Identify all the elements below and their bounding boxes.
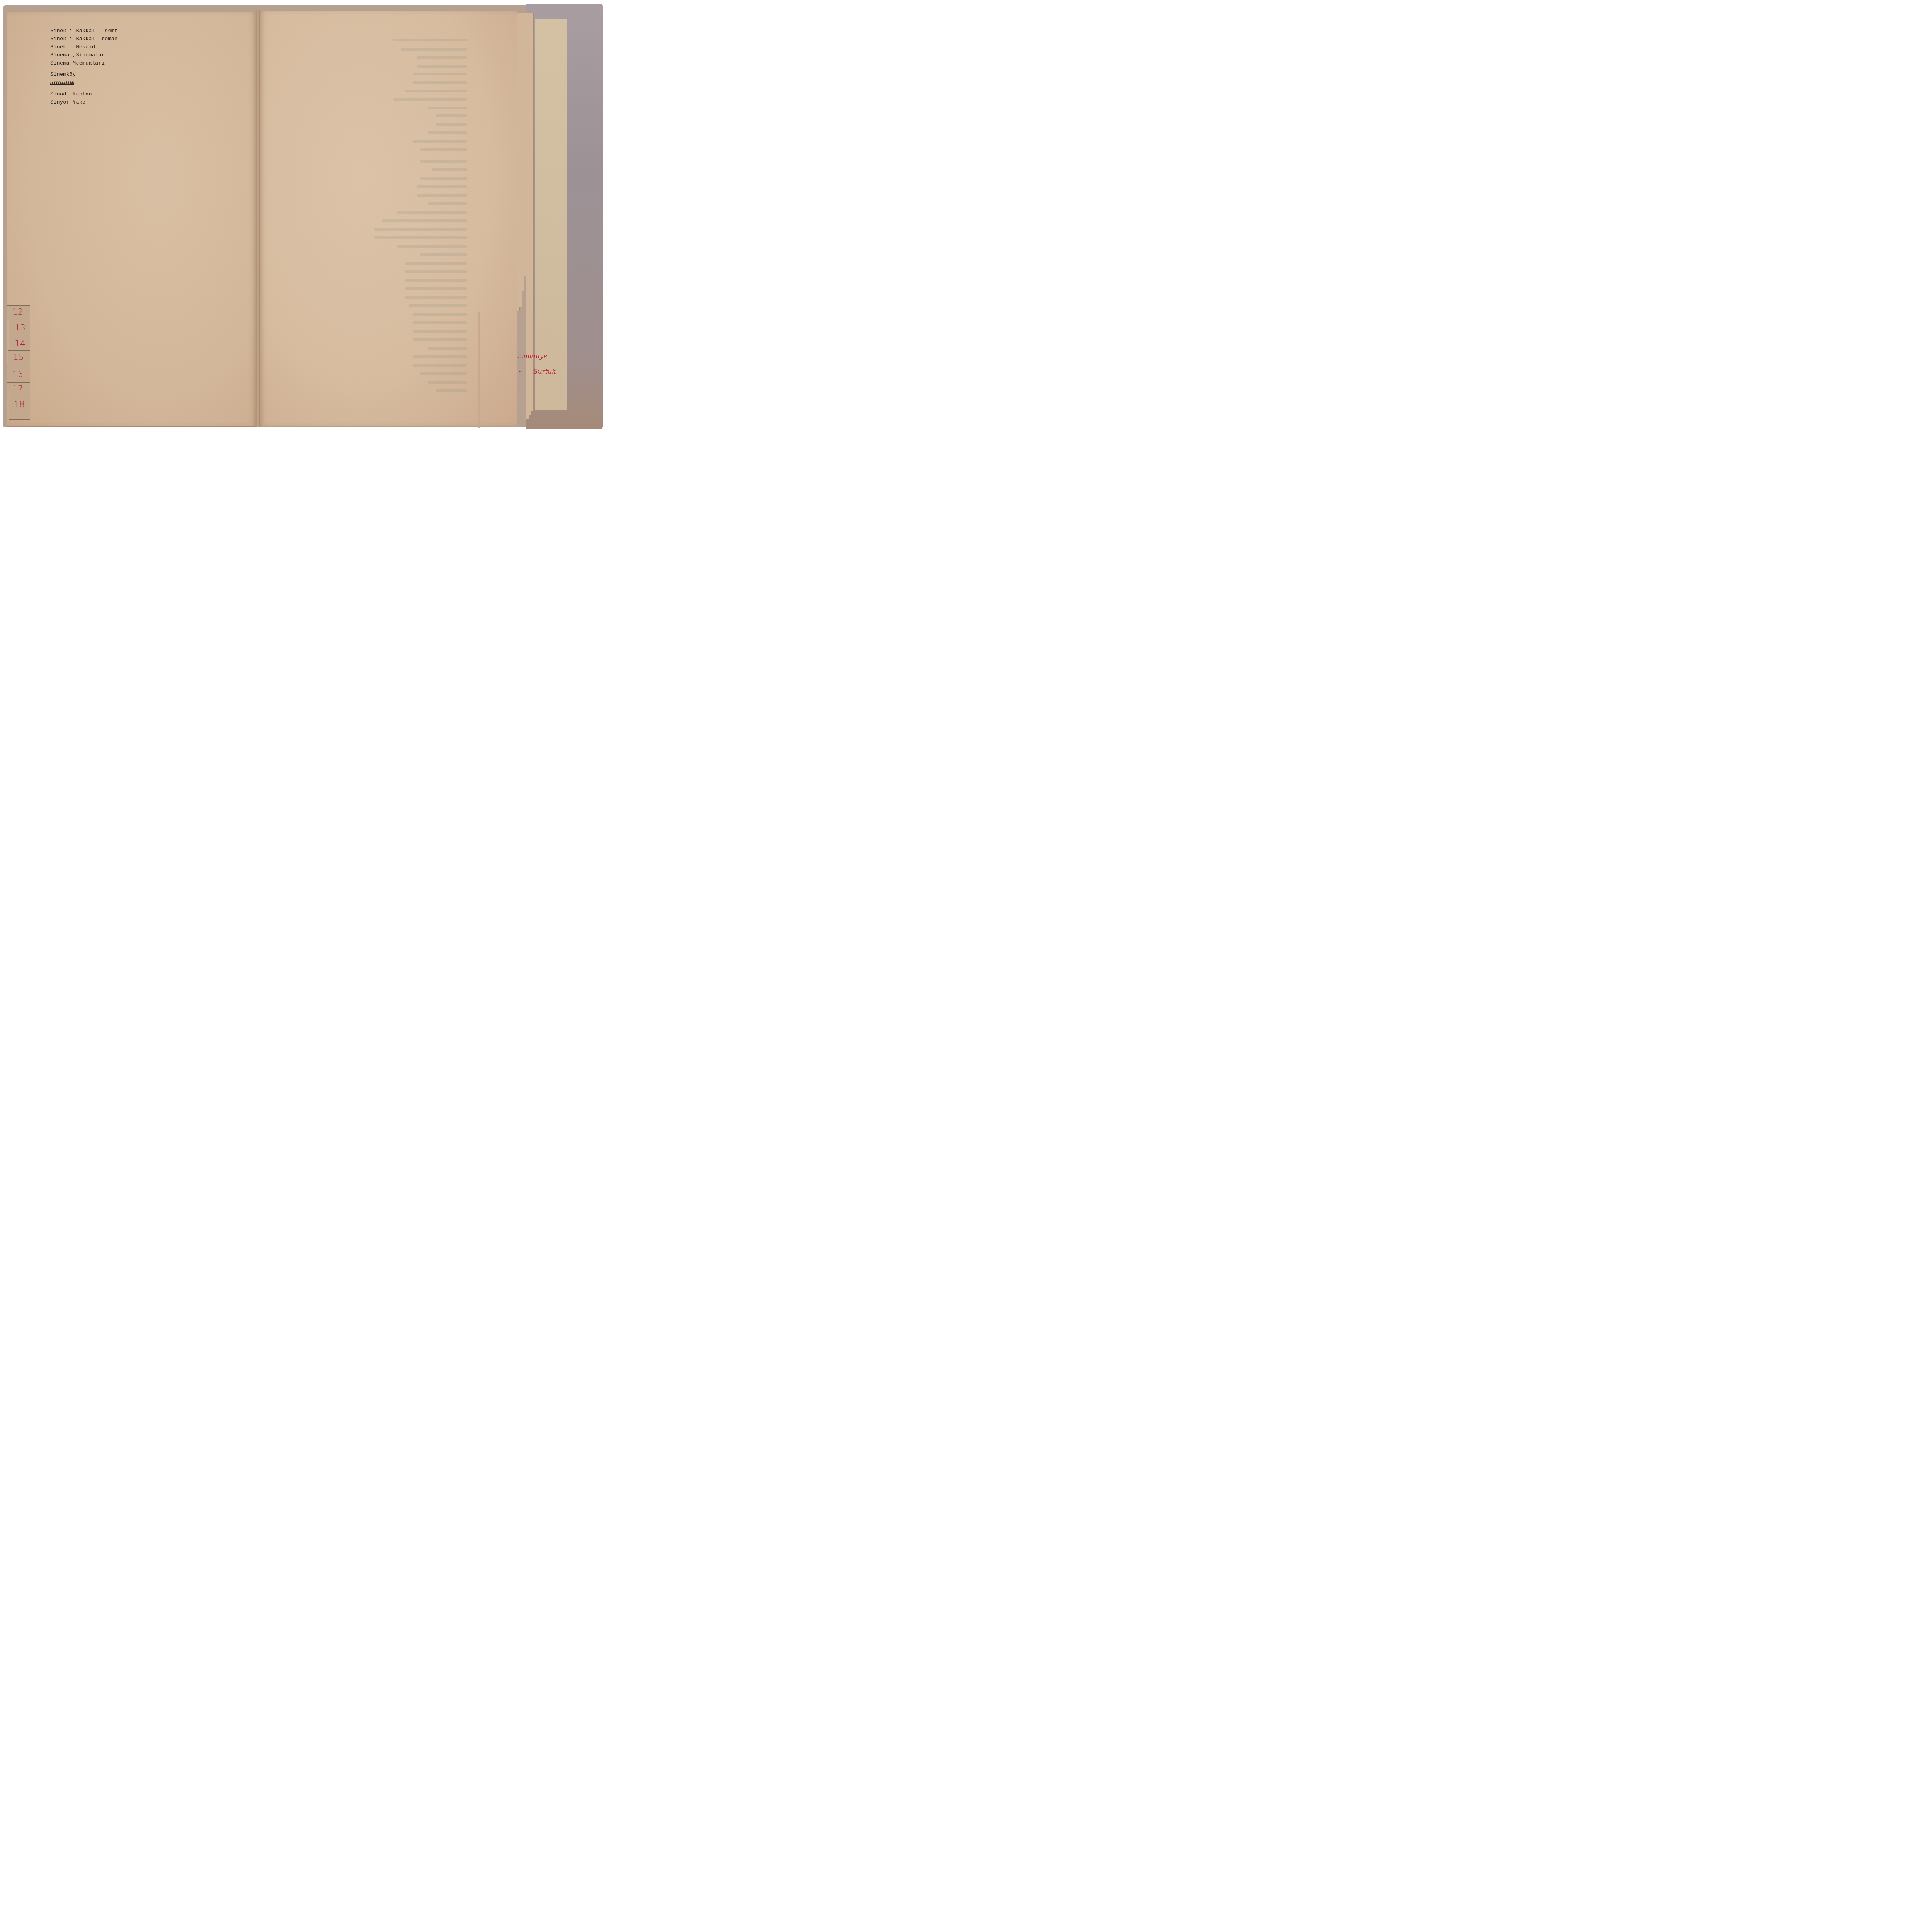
index-entry: Sinekli Mescid xyxy=(50,43,117,51)
index-tab-16[interactable]: 16 xyxy=(7,364,30,383)
index-entry: Sinyor Yako xyxy=(50,99,117,107)
handwritten-note: ...maniye xyxy=(517,352,548,360)
index-tab-18[interactable]: 18 xyxy=(9,396,30,420)
page-edge xyxy=(531,13,534,411)
index-tab-14[interactable]: 14 xyxy=(9,337,30,351)
index-entry: Sinema ,Sinemalar xyxy=(50,51,117,60)
index-tab-17[interactable]: 17 xyxy=(7,382,30,396)
struck-out-entry: hhhhhhhhhhhh xyxy=(50,79,117,87)
right-tab-edge xyxy=(478,312,480,428)
typed-index-list: Sinekli Bakkal semt Sinekli Bakkal roman… xyxy=(50,27,117,107)
index-tab-13[interactable]: 13 xyxy=(9,321,30,337)
binding-gutter xyxy=(256,10,260,427)
index-entry: Sinodi Kaptan xyxy=(50,90,117,99)
index-entry: Sinemköy xyxy=(50,71,117,79)
index-tab-15[interactable]: 15 xyxy=(8,350,30,364)
index-tab-12[interactable]: 12 xyxy=(7,305,30,321)
handwritten-dash: – xyxy=(519,369,521,374)
insert-sheet xyxy=(535,19,567,410)
handwritten-note: Sürtük xyxy=(533,368,556,376)
index-entry: Sinekli Bakkal roman xyxy=(50,35,117,43)
index-entry: Sinema Mecmuaları xyxy=(50,60,117,68)
left-page[interactable] xyxy=(7,12,258,427)
index-tabs: 12 13 14 15 16 17 18 xyxy=(7,305,30,419)
binder-scene: Sinekli Bakkal semt Sinekli Bakkal roman… xyxy=(0,0,605,435)
index-entry: Sinekli Bakkal semt xyxy=(50,27,117,35)
